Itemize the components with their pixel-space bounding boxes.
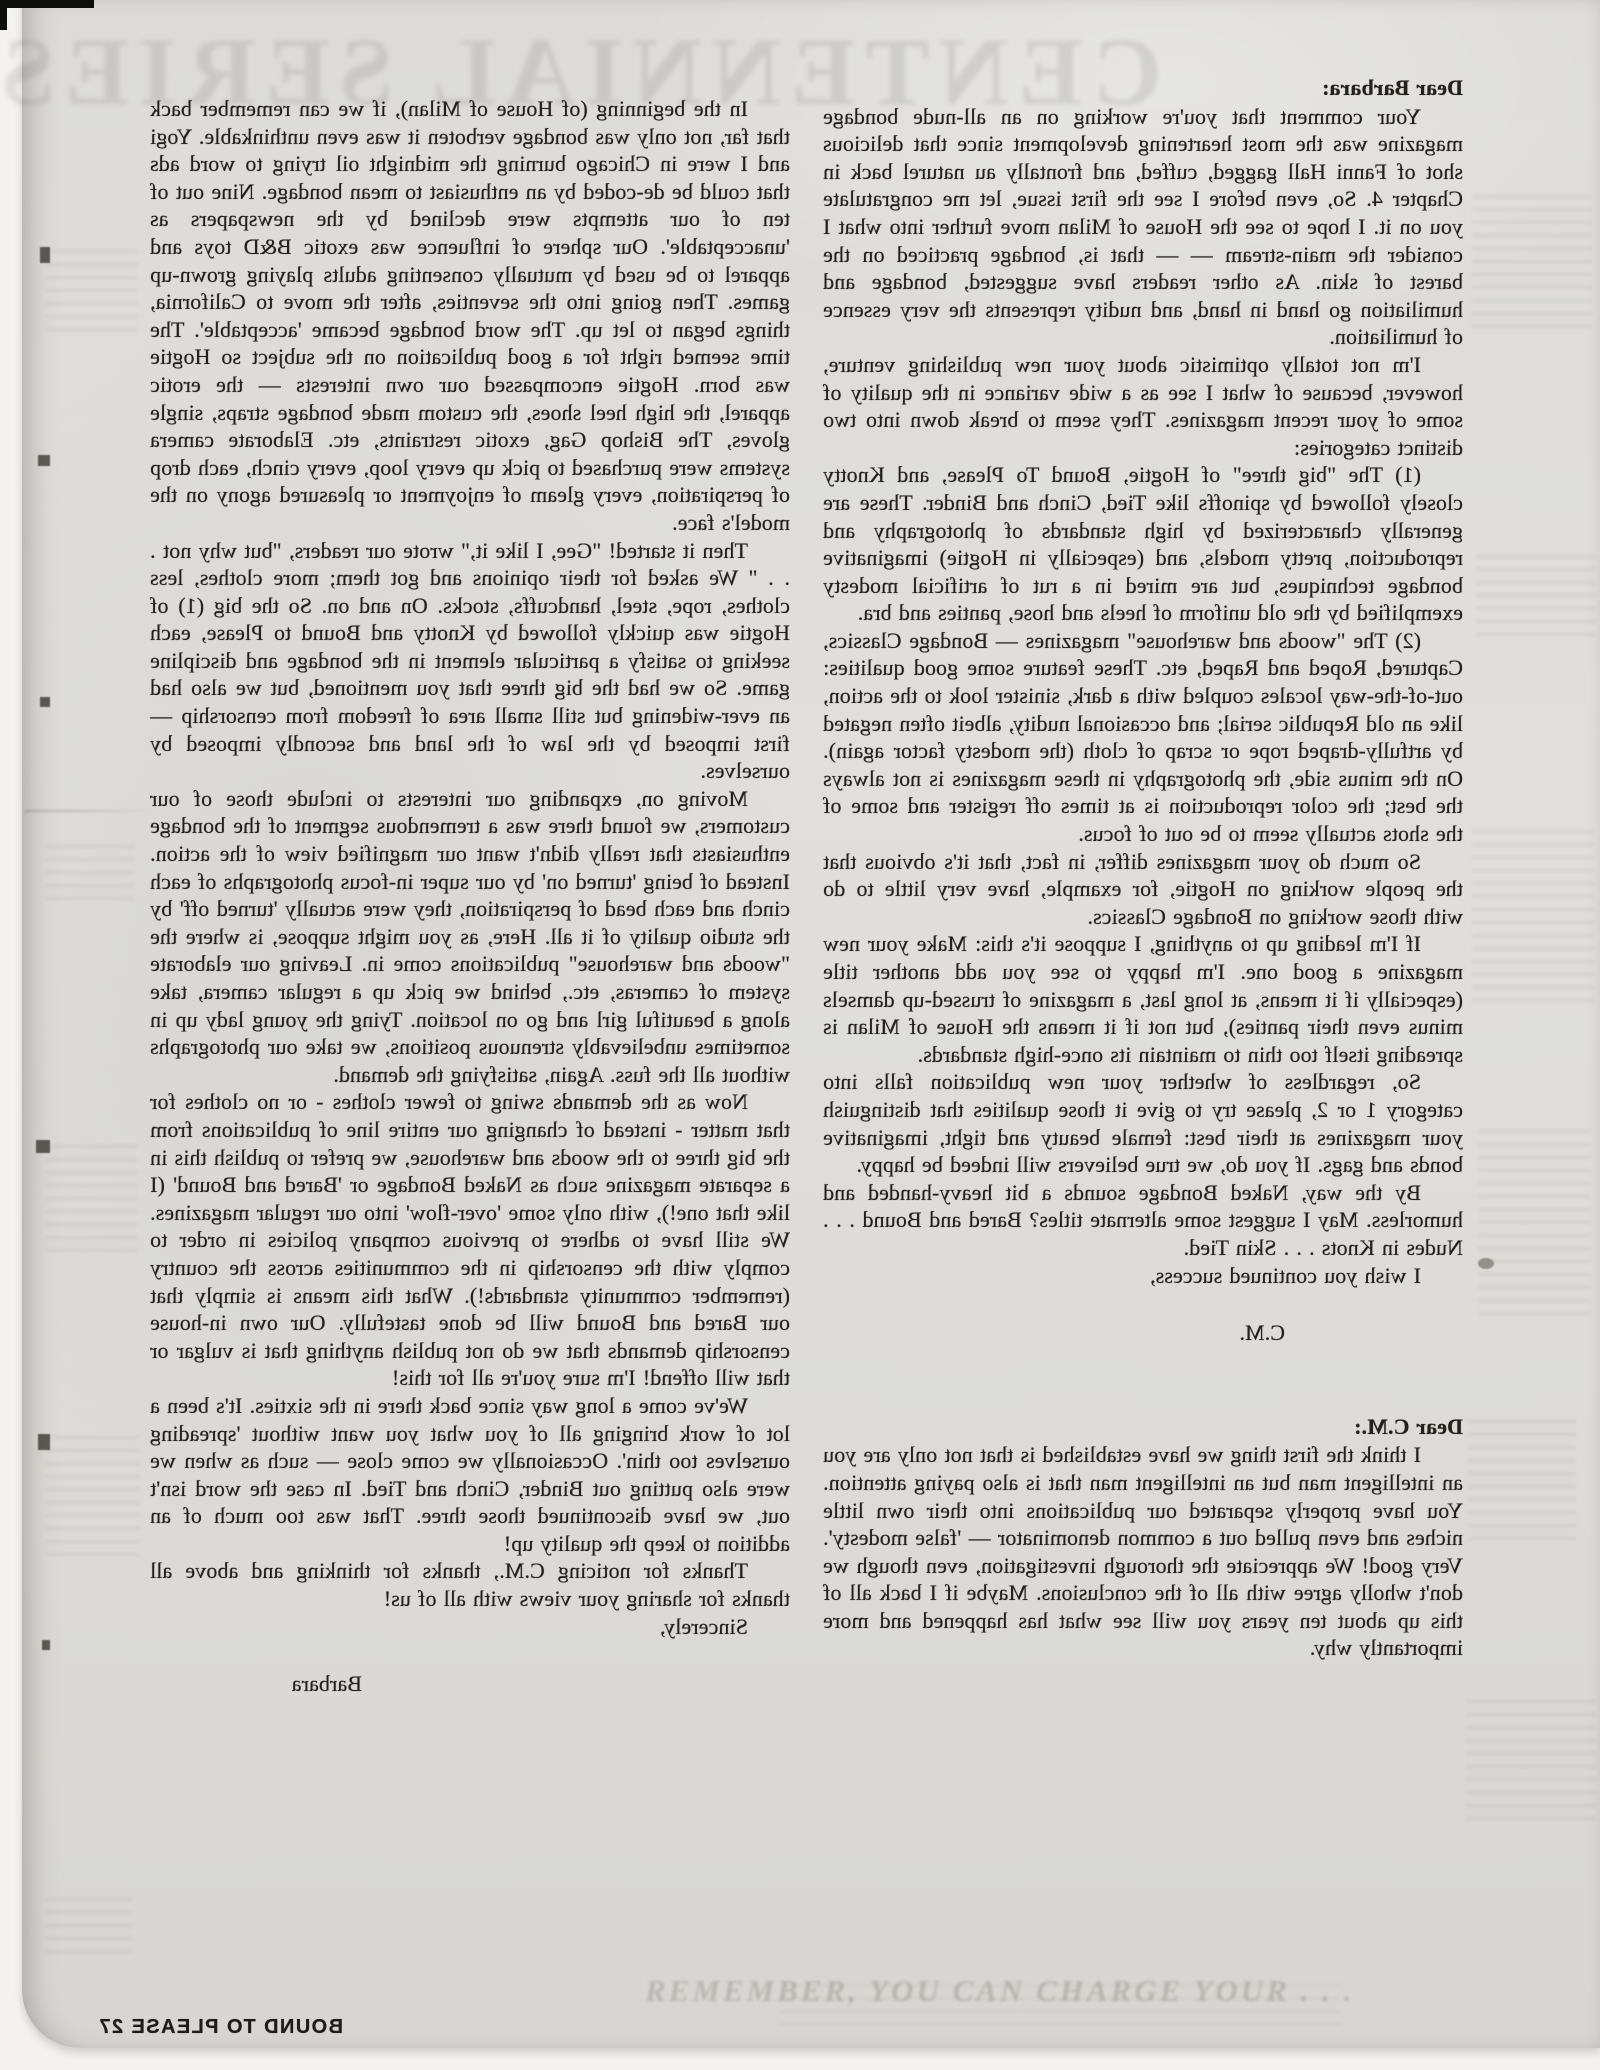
bleed-through-smudge (1472, 830, 1594, 1010)
letter-paragraph: By the way, Naked Bondage sounds a bit h… (823, 1179, 1463, 1262)
letter-paragraph: I'm not totally optimistic about your ne… (823, 351, 1463, 461)
bleed-through-smudge (1478, 1130, 1590, 1320)
reply-paragraph: I think the first thing we have establis… (823, 1441, 1463, 1662)
reply-salutation: Dear C.M.: (823, 1413, 1463, 1441)
edge-ink-mark (40, 697, 50, 707)
bleed-through-smudge (46, 1145, 138, 1260)
reply-signature: Barbara (150, 1670, 362, 1698)
paper-crease (25, 810, 160, 812)
bleed-through-footer-text: REMEMBER, YOU CAN CHARGE YOUR . . . (645, 1973, 1354, 2009)
letter-paragraph: Your comment that you're working on an a… (823, 103, 1463, 351)
edge-ink-mark (38, 455, 50, 466)
reply-paragraph: Thanks for noticing C.M., thanks for thi… (150, 1557, 790, 1612)
letter-paragraph: So, regardless of whether your new publi… (823, 1068, 1463, 1178)
bleed-through-smudge (46, 845, 134, 905)
bleed-through-smudge (1466, 1700, 1596, 1820)
letter-closing: I wish you continued success, (823, 1262, 1463, 1290)
letter-column: Dear Barbara: Your comment that you're w… (823, 74, 1463, 1662)
scanned-magazine-page: CENTENNIAL SERIES! Dear Barbara: Your co… (0, 0, 1600, 2070)
scan-edge-mark (0, 0, 7, 30)
letter-paragraph: So much do your magazines differ, in fac… (823, 848, 1463, 931)
scan-edge-mark (0, 0, 94, 8)
bleed-through-smudge (1472, 195, 1592, 335)
reply-paragraph: In the beginning (of House of Milan), if… (150, 95, 790, 537)
paper-speck (1478, 1258, 1494, 1269)
edge-ink-mark (38, 1434, 50, 1450)
bleed-through-smudge (46, 1436, 140, 1556)
letter-salutation: Dear Barbara: (823, 74, 1463, 102)
reply-paragraph: We've come a long way since back there i… (150, 1392, 790, 1558)
reply-column: In the beginning (of House of Milan), if… (150, 95, 790, 1698)
reply-closing: Sincerely, (150, 1613, 790, 1641)
reply-paragraph: Now as the demands swing to fewer clothe… (150, 1088, 790, 1392)
letter-paragraph: If I'm leading up to anything, I suppose… (823, 930, 1463, 1068)
letter-paragraph: (1) The "big three" of Hogtie, Bound To … (823, 461, 1463, 627)
edge-ink-mark (42, 1640, 50, 1650)
bleed-through-smudge (1468, 1420, 1576, 1540)
mirrored-content-layer: CENTENNIAL SERIES! Dear Barbara: Your co… (0, 0, 1600, 2070)
letter-signature: C.M. (823, 1319, 1285, 1347)
bleed-through-smudge (46, 1898, 132, 1958)
bleed-through-smudge (46, 250, 138, 335)
bleed-through-smudge (1476, 555, 1596, 645)
letter-paragraph: (2) The "woods and warehouse" magazines … (823, 627, 1463, 848)
edge-ink-mark (40, 247, 50, 263)
reply-paragraph: Then it started! "Gee, I like it," wrote… (150, 537, 790, 785)
reply-paragraph: Moving on, expanding our interests to in… (150, 785, 790, 1089)
page-footer: BOUND TO PLEASE 27 (63, 2016, 343, 2039)
edge-ink-mark (36, 1140, 50, 1153)
